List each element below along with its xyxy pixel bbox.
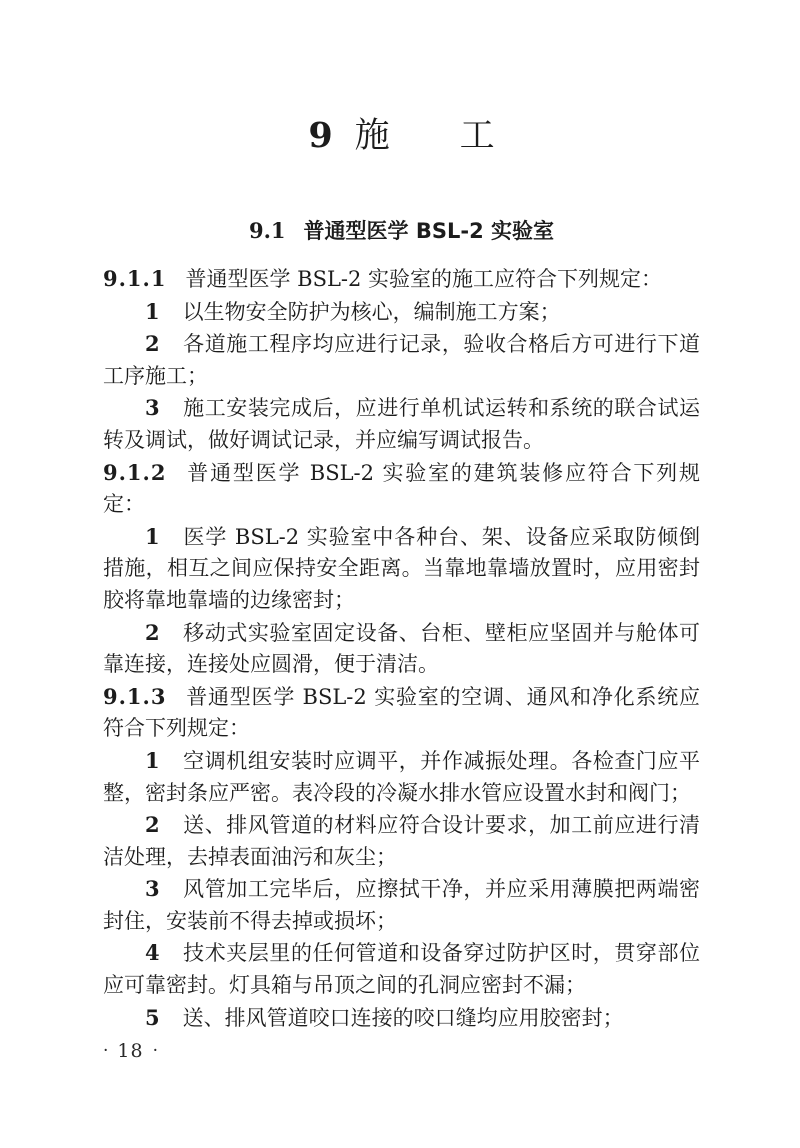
clause-9-1-1-item-2: 2各道施工程序均应进行记录，验收合格后方可进行下道工序施工；	[103, 328, 700, 392]
chapter-name: 施 工	[355, 116, 495, 156]
chapter-title: 9施 工	[103, 0, 700, 159]
clause-9-1-1-item-3: 3施工安装完成后，应进行单机试运转和系统的联合试运转及调试，做好调试记录，并应编…	[103, 392, 700, 456]
clause-9-1-3-item-1: 1空调机组安装时应调平，并作减振处理。各检查门应平整，密封条应严密。表冷段的冷凝…	[103, 745, 700, 809]
clause-number: 9.1.1	[103, 266, 166, 291]
section-title: 普通型医学 BSL-2 实验室	[304, 219, 554, 243]
clause-9-1-2-item-1: 1医学 BSL-2 实验室中各种台、架、设备应采取防倾倒措施，相互之间应保持安全…	[103, 521, 700, 617]
item-number: 4	[145, 940, 160, 965]
section-number: 9.1	[249, 218, 286, 243]
item-text: 医学 BSL-2 实验室中各种台、架、设备应采取防倾倒措施，相互之间应保持安全距…	[103, 525, 700, 612]
item-number: 2	[145, 331, 160, 356]
item-number: 1	[145, 524, 160, 549]
item-text: 空调机组安装时应调平，并作减振处理。各检查门应平整，密封条应严密。表冷段的冷凝水…	[103, 749, 700, 805]
clause-number: 9.1.3	[103, 684, 166, 709]
item-text: 送、排风管道咬口连接的咬口缝均应用胶密封；	[183, 1006, 624, 1030]
clause-9-1-3-item-5: 5送、排风管道咬口连接的咬口缝均应用胶密封；	[103, 1002, 700, 1035]
clause-intro: 普通型医学 BSL-2 实验室的施工应符合下列规定：	[185, 267, 662, 291]
clause-intro: 普通型医学 BSL-2 实验室的建筑装修应符合下列规定：	[103, 461, 700, 517]
item-text: 技术夹层里的任何管道和设备穿过防护区时，贯穿部位应可靠密封。灯具箱与吊顶之间的孔…	[103, 941, 700, 997]
item-text: 施工安装完成后，应进行单机试运转和系统的联合试运转及调试，做好调试记录，并应编写…	[103, 396, 700, 452]
item-number: 3	[145, 876, 160, 901]
item-text: 风管加工完毕后，应擦拭干净，并应采用薄膜把两端密封住，安装前不得去掉或损坏；	[103, 877, 700, 933]
clause-number: 9.1.2	[103, 460, 166, 485]
clause-9-1-3-item-4: 4技术夹层里的任何管道和设备穿过防护区时，贯穿部位应可靠密封。灯具箱与吊顶之间的…	[103, 937, 700, 1001]
clause-9-1-3: 9.1.3普通型医学 BSL-2 实验室的空调、通风和净化系统应符合下列规定：	[103, 681, 700, 745]
item-text: 送、排风管道的材料应符合设计要求，加工前应进行清洁处理，去掉表面油污和灰尘；	[103, 813, 700, 869]
body-text: 9.1.1普通型医学 BSL-2 实验室的施工应符合下列规定： 1以生物安全防护…	[103, 263, 700, 1034]
clause-9-1-3-item-3: 3风管加工完毕后，应擦拭干净，并应采用薄膜把两端密封住，安装前不得去掉或损坏；	[103, 873, 700, 937]
page-number-footer: ·18·	[0, 1039, 800, 1063]
clause-9-1-2: 9.1.2普通型医学 BSL-2 实验室的建筑装修应符合下列规定：	[103, 457, 700, 521]
item-text: 各道施工程序均应进行记录，验收合格后方可进行下道工序施工；	[103, 332, 700, 388]
clause-9-1-3-item-2: 2送、排风管道的材料应符合设计要求，加工前应进行清洁处理，去掉表面油污和灰尘；	[103, 809, 700, 873]
item-number: 3	[145, 395, 160, 420]
item-number: 2	[145, 812, 160, 837]
section-heading: 9.1普通型医学 BSL-2 实验室	[103, 216, 700, 246]
item-text: 移动式实验室固定设备、台柜、壁柜应坚固并与舱体可靠连接，连接处应圆滑，便于清洁。	[103, 621, 700, 677]
item-number: 1	[145, 748, 160, 773]
clause-9-1-2-item-2: 2移动式实验室固定设备、台柜、壁柜应坚固并与舱体可靠连接，连接处应圆滑，便于清洁…	[103, 617, 700, 681]
footer-left-dot: ·	[103, 1041, 108, 1061]
item-text: 以生物安全防护为核心，编制施工方案；	[183, 300, 561, 324]
footer-right-dot: ·	[153, 1041, 158, 1061]
item-number: 1	[145, 299, 160, 324]
page-number: 18	[117, 1040, 143, 1062]
clause-9-1-1-item-1: 1以生物安全防护为核心，编制施工方案；	[103, 296, 700, 329]
clause-intro: 普通型医学 BSL-2 实验室的空调、通风和净化系统应符合下列规定：	[103, 685, 700, 741]
item-number: 5	[145, 1005, 160, 1030]
chapter-number: 9	[308, 115, 332, 156]
page-content: 9施 工 9.1普通型医学 BSL-2 实验室 9.1.1普通型医学 BSL-2…	[0, 0, 800, 1034]
item-number: 2	[145, 620, 160, 645]
document-page: 9施 工 9.1普通型医学 BSL-2 实验室 9.1.1普通型医学 BSL-2…	[0, 0, 800, 1148]
clause-9-1-1: 9.1.1普通型医学 BSL-2 实验室的施工应符合下列规定：	[103, 263, 700, 296]
